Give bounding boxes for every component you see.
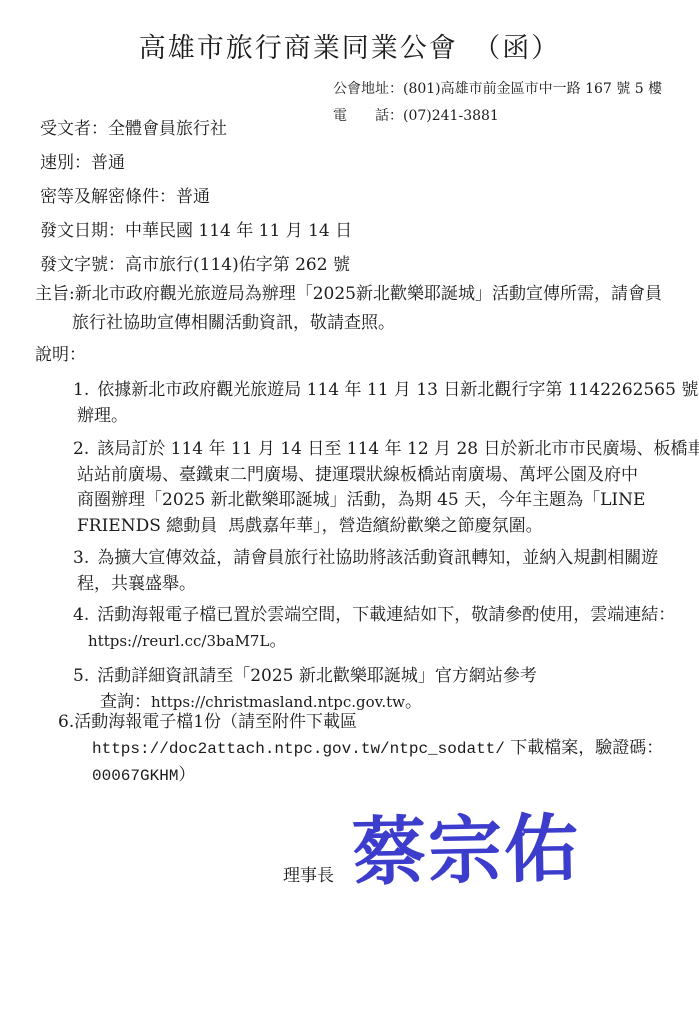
association-address: 公會地址：(801)高雄市前金區市中一路 167 號 5 樓 bbox=[333, 76, 662, 103]
item-5-text: 活動詳細資訊請至「2025 新北歡樂耶誕城」官方網站參考 bbox=[97, 666, 537, 686]
item-3-number: 3. bbox=[73, 548, 89, 568]
association-contact-block: 公會地址：(801)高雄市前金區市中一路 167 號 5 樓 電 話：(07)2… bbox=[333, 76, 662, 130]
item-4-text: 活動海報電子檔已置於雲端空間，下載連結如下，敬請參酌使用，雲端連結： bbox=[97, 605, 675, 625]
item-6-number: 6. bbox=[58, 712, 74, 732]
explanation-label: 說明： bbox=[35, 340, 86, 365]
item-2-line-4: FRIENDS 總動員 馬戲嘉年華」，營造繽紛歡樂之節慶氛圍。 bbox=[77, 514, 699, 540]
explanation-item-3: 3.為擴大宣傳效益，請會員旅行社協助將該活動資訊轉知，並納入規劃相關遊 程，共襄… bbox=[73, 545, 658, 597]
explanation-item-4: 4.活動海報電子檔已置於雲端空間，下載連結如下，敬請參酌使用，雲端連結： htt… bbox=[73, 602, 675, 654]
item-2-line-2: 站站前廣場、臺鐵東二門廣場、捷運環狀線板橋站南廣場、萬坪公園及府中 bbox=[77, 463, 699, 489]
item-6-line-3: 00067GKHM） bbox=[92, 762, 663, 789]
item-6-line-2: https://doc2attach.ntpc.gov.tw/ntpc_soda… bbox=[92, 735, 663, 762]
chairman-signature: 蔡宗佑 bbox=[351, 790, 581, 900]
item-2-line-1: 2.該局訂於 114 年 11 月 14 日至 114 年 12 月 28 日於… bbox=[73, 437, 699, 463]
item-4-line-1: 4.活動海報電子檔已置於雲端空間，下載連結如下，敬請參酌使用，雲端連結： bbox=[73, 602, 675, 628]
item-6-attachment-url: https://doc2attach.ntpc.gov.tw/ntpc_soda… bbox=[92, 740, 505, 758]
explanation-item-5: 5.活動詳細資訊請至「2025 新北歡樂耶誕城」官方網站參考 查詢：https:… bbox=[73, 663, 537, 715]
field-recipient: 受文者：全體會員旅行社 bbox=[40, 112, 352, 146]
subject-line-1: 主旨:新北市政府觀光旅遊局為辦理「2025新北歡樂耶誕城」活動宣傳所需，請會員 bbox=[35, 280, 662, 309]
item-3-line-1: 3.為擴大宣傳效益，請會員旅行社協助將該活動資訊轉知，並納入規劃相關遊 bbox=[73, 545, 658, 571]
item-6-line-3-suffix: ） bbox=[178, 765, 195, 785]
chairman-title-label: 理事長 bbox=[283, 861, 334, 886]
field-issue-date: 發文日期：中華民國 114 年 11 月 14 日 bbox=[40, 214, 352, 248]
explanation-item-1: 1.依據新北市政府觀光旅遊局 114 年 11 月 13 日新北觀行字第 114… bbox=[73, 377, 699, 429]
item-6-verification-code: 00067GKHM bbox=[92, 767, 178, 785]
item-4-number: 4. bbox=[73, 605, 89, 625]
item-4-url-suffix: 。 bbox=[269, 631, 286, 651]
letter-page: 高雄市旅行商業同業公會 （函） 公會地址：(801)高雄市前金區市中一路 167… bbox=[0, 0, 699, 1024]
item-5-number: 5. bbox=[73, 666, 89, 686]
item-3-text: 為擴大宣傳效益，請會員旅行社協助將該活動資訊轉知，並納入規劃相關遊 bbox=[97, 548, 658, 568]
item-6-line-2-suffix: 下載檔案，驗證碼： bbox=[505, 738, 663, 758]
item-1-number: 1. bbox=[73, 380, 89, 400]
item-6-text: 活動海報電子檔1份（請至附件下載區 bbox=[74, 712, 357, 732]
item-4-line-2: https://reurl.cc/3baM7L。 bbox=[88, 628, 675, 654]
item-4-cloud-url: https://reurl.cc/3baM7L bbox=[88, 632, 269, 650]
item-3-line-2: 程，共襄盛舉。 bbox=[77, 571, 658, 597]
letter-meta-fields: 受文者：全體會員旅行社 速別：普通 密等及解密條件：普通 發文日期：中華民國 1… bbox=[40, 112, 352, 282]
subject-block: 主旨:新北市政府觀光旅遊局為辦理「2025新北歡樂耶誕城」活動宣傳所需，請會員 … bbox=[35, 280, 662, 338]
explanation-item-2: 2.該局訂於 114 年 11 月 14 日至 114 年 12 月 28 日於… bbox=[73, 437, 699, 539]
letter-title: 高雄市旅行商業同業公會 （函） bbox=[0, 26, 699, 65]
item-1-line-1: 1.依據新北市政府觀光旅遊局 114 年 11 月 13 日新北觀行字第 114… bbox=[73, 377, 699, 403]
item-6-line-1: 6.活動海報電子檔1份（請至附件下載區 bbox=[58, 709, 663, 735]
field-security: 密等及解密條件：普通 bbox=[40, 180, 352, 214]
item-1-text: 依據新北市政府觀光旅遊局 114 年 11 月 13 日新北觀行字第 11422… bbox=[97, 380, 699, 400]
field-priority: 速別：普通 bbox=[40, 146, 352, 180]
item-1-line-2: 辦理。 bbox=[77, 403, 699, 429]
subject-line-2: 旅行社協助宣傳相關活動資訊，敬請查照。 bbox=[72, 309, 662, 338]
item-5-line-1: 5.活動詳細資訊請至「2025 新北歡樂耶誕城」官方網站參考 bbox=[73, 663, 537, 689]
explanation-item-6: 6.活動海報電子檔1份（請至附件下載區 https://doc2attach.n… bbox=[58, 709, 663, 789]
association-phone: 電 話：(07)241-3881 bbox=[333, 103, 662, 130]
item-2-number: 2. bbox=[73, 439, 89, 459]
item-2-line-3: 商圈辦理「2025 新北歡樂耶誕城」活動，為期 45 天，今年主題為「LINE bbox=[77, 488, 699, 514]
item-2-text: 該局訂於 114 年 11 月 14 日至 114 年 12 月 28 日於新北… bbox=[97, 439, 699, 459]
field-doc-number: 發文字號：高市旅行(114)佑字第 262 號 bbox=[40, 248, 352, 282]
